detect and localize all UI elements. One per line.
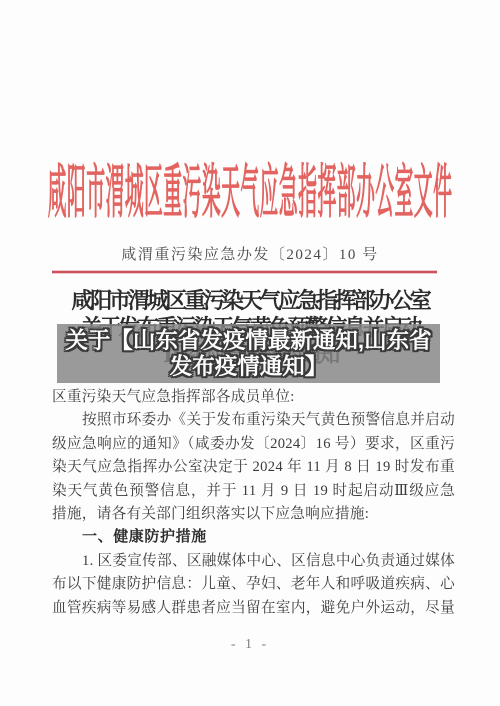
document-body: 区重污染天气应急指挥部各成员单位:按照市环委办《关于发布重污染天气黄色预警信息并…	[52, 386, 455, 620]
scanned-document-page: 咸阳市渭城区重污染天气应急指挥部办公室文件 咸渭重污染应急办发〔2024〕10 …	[0, 0, 500, 706]
body-text-line: 1. 区委宣传部、区融媒体中心、区信息中心负责通过媒体发	[52, 550, 455, 573]
body-text-line: 级应急响应的通知》（咸委办发〔2024〕16 号）要求，区重污	[52, 433, 455, 456]
document-reference-number: 咸渭重污染应急办发〔2024〕10 号	[0, 243, 500, 264]
letterhead-title: 咸阳市渭城区重污染天气应急指挥部办公室文件	[48, 146, 453, 230]
body-text-line: 布以下健康防护信息：儿童、孕妇、老年人和呼吸道疾病、心脑	[52, 573, 455, 596]
red-separator-line	[52, 271, 437, 273]
body-text-line: 染天气应急指挥办公室决定于 2024 年 11 月 8 日 19 时发布重污	[52, 456, 455, 479]
body-text-line: 染天气黄色预警信息，并于 11 月 9 日 19 时起启动Ⅲ级应急响应	[52, 480, 455, 503]
overlay-title-line-2: 发布疫情通知】	[170, 354, 328, 380]
page-number: - 1 -	[0, 637, 500, 653]
body-text-line: 区重污染天气应急指挥部各成员单位:	[52, 386, 455, 409]
overlay-title-banner: 关于【山东省发疫情最新通知,山东省 发布疫情通知】	[57, 324, 440, 383]
body-text-line: 一、健康防护措施	[52, 526, 455, 549]
body-text-line: 血管疾病等易感人群患者应当留在室内，避免户外运动，尽量减	[52, 597, 455, 620]
body-text-line: 措施，请各有关部门组织落实以下应急响应措施:	[52, 503, 455, 526]
overlay-title-line-1: 关于【山东省发疫情最新通知,山东省	[65, 328, 431, 354]
body-text-line: 按照市环委办《关于发布重污染天气黄色预警信息并启动Ⅲ	[52, 409, 455, 432]
